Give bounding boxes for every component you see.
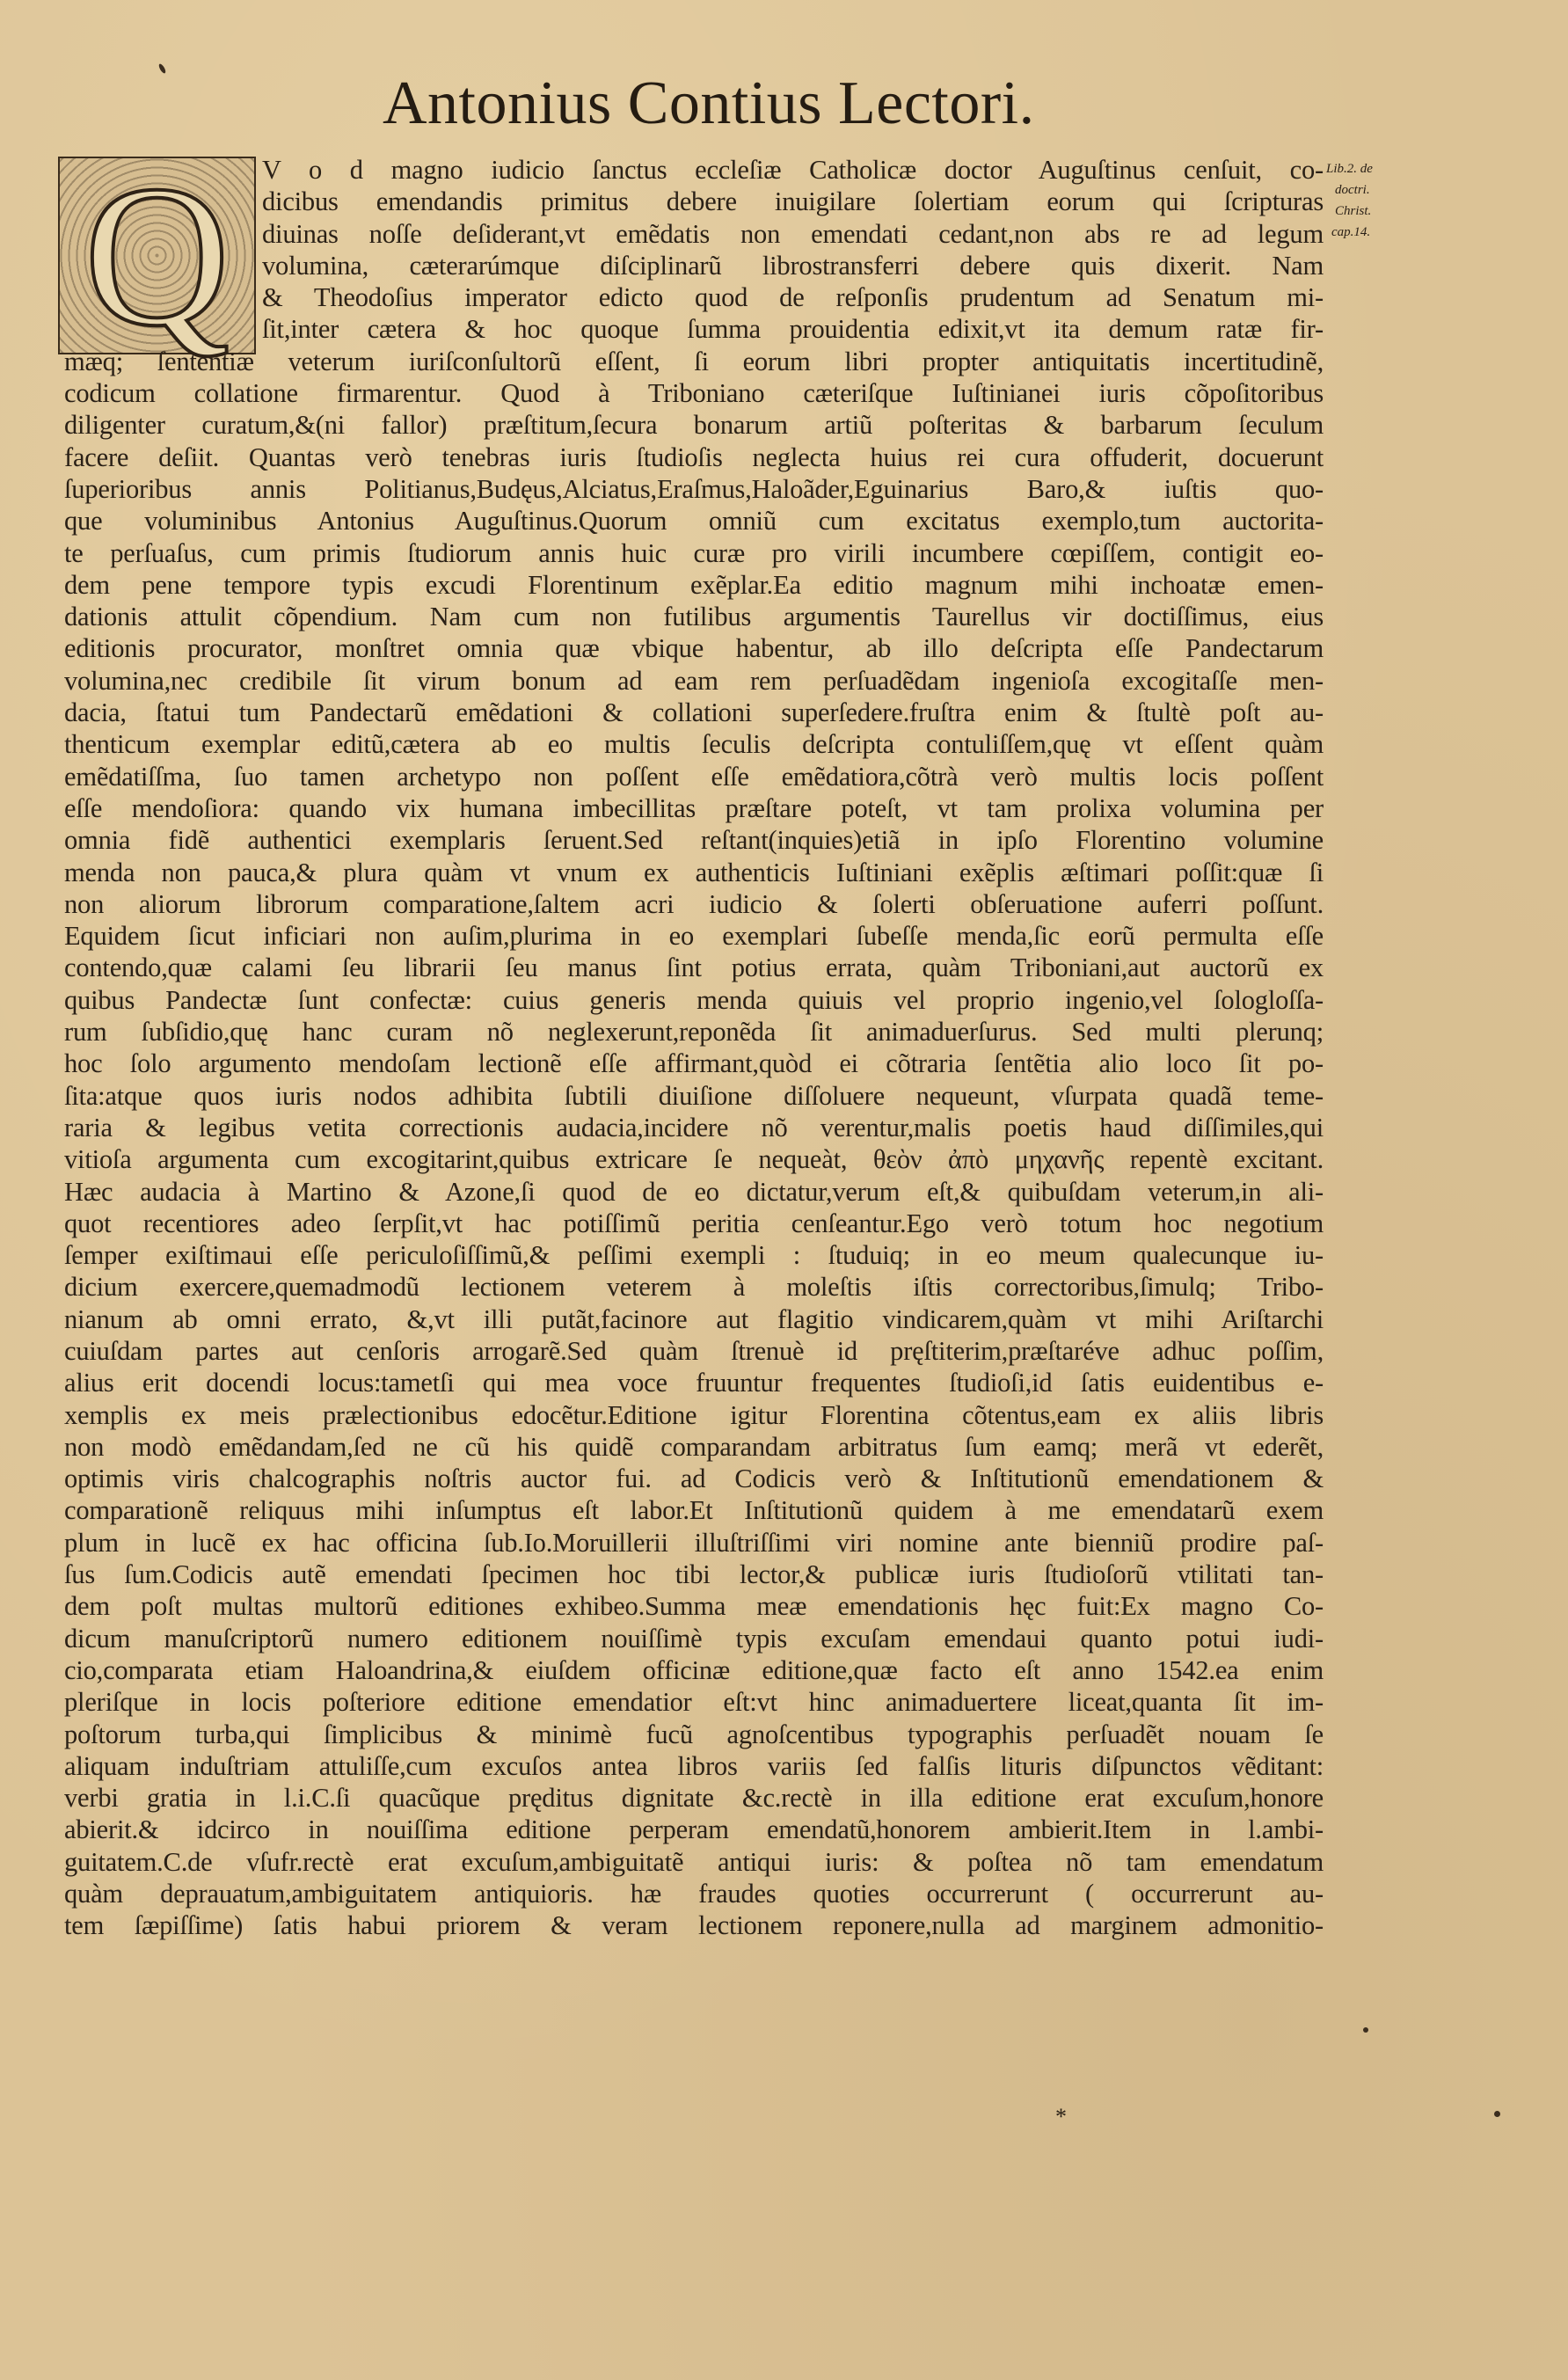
text-line: vitioſa argumenta cum excogitarint,quibu… <box>64 1143 1324 1175</box>
text-line: quot recentiores adeo ſerpſit,vt hac pot… <box>64 1208 1324 1239</box>
text-line: facere deſiit. Quantas verò tenebras iur… <box>64 442 1324 473</box>
text-line: quibus Pandectæ ſunt confectæ: cuius gen… <box>64 984 1324 1016</box>
paper-speck <box>1363 2027 1368 2033</box>
text-line: xemplis ex meis prælectionibus edocẽtur.… <box>64 1399 1324 1431</box>
text-line: codicum collatione firmarentur. Quod à T… <box>64 377 1324 409</box>
paper-speck <box>1494 2111 1500 2117</box>
text-line: hoc ſolo argumento mendoſam lectionẽ eſſ… <box>64 1048 1324 1079</box>
margin-note-line: Lib.2. de <box>1326 158 1388 179</box>
text-line: dem pene tempore typis excudi Florentinu… <box>64 569 1324 601</box>
text-line: non aliorum librorum comparatione,ſaltem… <box>64 888 1324 920</box>
text-line: & Theodoſius imperator edicto quod de re… <box>262 281 1324 313</box>
text-line: rum ſubſidio,quę hanc curam nõ neglexeru… <box>64 1016 1324 1048</box>
text-line: dem poſt multas multorũ editiones exhibe… <box>64 1590 1324 1622</box>
text-line: diuinas noſſe deſiderant,vt emẽdatis non… <box>262 218 1324 250</box>
text-line: poſtorum turba,qui ſimplicibus & minimè … <box>64 1719 1324 1750</box>
text-line: thenticum exemplar editũ,cætera ab eo mu… <box>64 728 1324 760</box>
text-line: dacia, ſtatui tum Pandectarũ emẽdationi … <box>64 697 1324 728</box>
text-line: verbi gratia in l.i.C.ſi quacũque prędit… <box>64 1782 1324 1814</box>
text-line: nianum ab omni errato, &,vt illi putãt,f… <box>64 1303 1324 1335</box>
text-line: ſuperioribus annis Politianus,Budęus,Alc… <box>64 473 1324 505</box>
text-line: que voluminibus Antonius Auguſtinus.Quor… <box>64 505 1324 537</box>
text-line: non modò emẽdandam,ſed ne cũ his quidẽ c… <box>64 1431 1324 1463</box>
paper-speck <box>157 63 166 75</box>
margin-note-line: cap.14. <box>1326 222 1388 243</box>
text-line: omnia fidẽ authentici exemplaris ſeruent… <box>64 824 1324 856</box>
text-line: ſit,inter cætera & hoc quoque ſumma prou… <box>262 313 1324 345</box>
text-line: emẽdatiſſma, ſuo tamen archetypo non poſ… <box>64 761 1324 792</box>
text-line: dationis attulit cõpendium. Nam cum non … <box>64 601 1324 632</box>
margin-note-line: Christ. <box>1326 201 1388 222</box>
text-line: alius erit docendi locus:tametſi qui mea… <box>64 1367 1324 1398</box>
text-line: dicium exercere,quemadmodũ lectionem vet… <box>64 1271 1324 1303</box>
book-page: Antonius Contius Lectori. Q Lib.2. de do… <box>0 0 1568 2380</box>
page-title: Antonius Contius Lectori. <box>383 69 1086 139</box>
text-line: eſſe mendoſiora: quando vix humana imbec… <box>64 792 1324 824</box>
text-line: cio,comparata etiam Haloandrina,& eiuſde… <box>64 1654 1324 1686</box>
text-line: diligenter curatum,&(ni fallor) præſtitu… <box>64 409 1324 441</box>
text-line: quàm deprauatum,ambiguitatem antiquioris… <box>64 1878 1324 1909</box>
text-line: abierit.& idcirco in nouiſſima editione … <box>64 1814 1324 1845</box>
body-text: V o d magno iudicio ſanctus eccleſiæ Cat… <box>64 154 1324 2005</box>
text-line: mæq; ſententiæ veterum iuriſconſultorũ e… <box>64 346 1324 377</box>
text-line: cuiuſdam partes aut cenſoris arrogarẽ.Se… <box>64 1335 1324 1367</box>
text-line: tem ſæpiſſime) ſatis habui priorem & ver… <box>64 1909 1324 1941</box>
margin-note: Lib.2. de doctri. Christ. cap.14. <box>1326 158 1388 243</box>
text-line <box>64 1974 1324 2005</box>
text-line: dicibus emendandis primitus debere inuig… <box>262 186 1324 217</box>
text-line: raria & legibus vetita correctionis auda… <box>64 1112 1324 1143</box>
text-line: ſemper exiſtimaui eſſe periculoſiſſimũ,&… <box>64 1239 1324 1271</box>
text-line: V o d magno iudicio ſanctus eccleſiæ Cat… <box>262 154 1324 186</box>
text-line: ſus ſum.Codicis autẽ emendati ſpecimen h… <box>64 1559 1324 1590</box>
text-line: guitatem.C.de vſufr.rectè erat excuſum,a… <box>64 1846 1324 1878</box>
text-line: dicum manuſcriptorũ numero editionem nou… <box>64 1623 1324 1654</box>
text-line: Equidem ſicut inficiari non auſim,plurim… <box>64 920 1324 952</box>
text-line: volumina, cæterarúmque diſciplinarũ libr… <box>262 250 1324 281</box>
text-line: Hæc audacia à Martino & Azone,ſi quod de… <box>64 1176 1324 1208</box>
text-line: ſita:atque quos iuris nodos adhibita ſub… <box>64 1080 1324 1112</box>
text-line <box>64 1942 1324 1974</box>
text-line: menda non pauca,& plura quàm vt vnum ex … <box>64 857 1324 888</box>
text-line: volumina,nec credibile ſit virum bonum a… <box>64 665 1324 697</box>
margin-note-line: doctri. <box>1326 179 1388 201</box>
text-line: plum in lucẽ ex hac officina ſub.Io.Moru… <box>64 1527 1324 1559</box>
text-line: comparationẽ reliquus mihi inſumptus eſt… <box>64 1494 1324 1526</box>
catchword-mark: * <box>1055 2104 1067 2130</box>
text-line: optimis viris chalcographis noſtris auct… <box>64 1463 1324 1494</box>
text-line: contendo,quæ calami ſeu librarii ſeu man… <box>64 952 1324 983</box>
text-line: pleriſque in locis poſteriore editione e… <box>64 1686 1324 1718</box>
text-line: aliquam induſtriam attuliſſe,cum excuſos… <box>64 1750 1324 1782</box>
text-line: editionis procurator, monſtret omnia quæ… <box>64 632 1324 664</box>
text-line: te perſuaſus, cum primis ſtudiorum annis… <box>64 537 1324 569</box>
